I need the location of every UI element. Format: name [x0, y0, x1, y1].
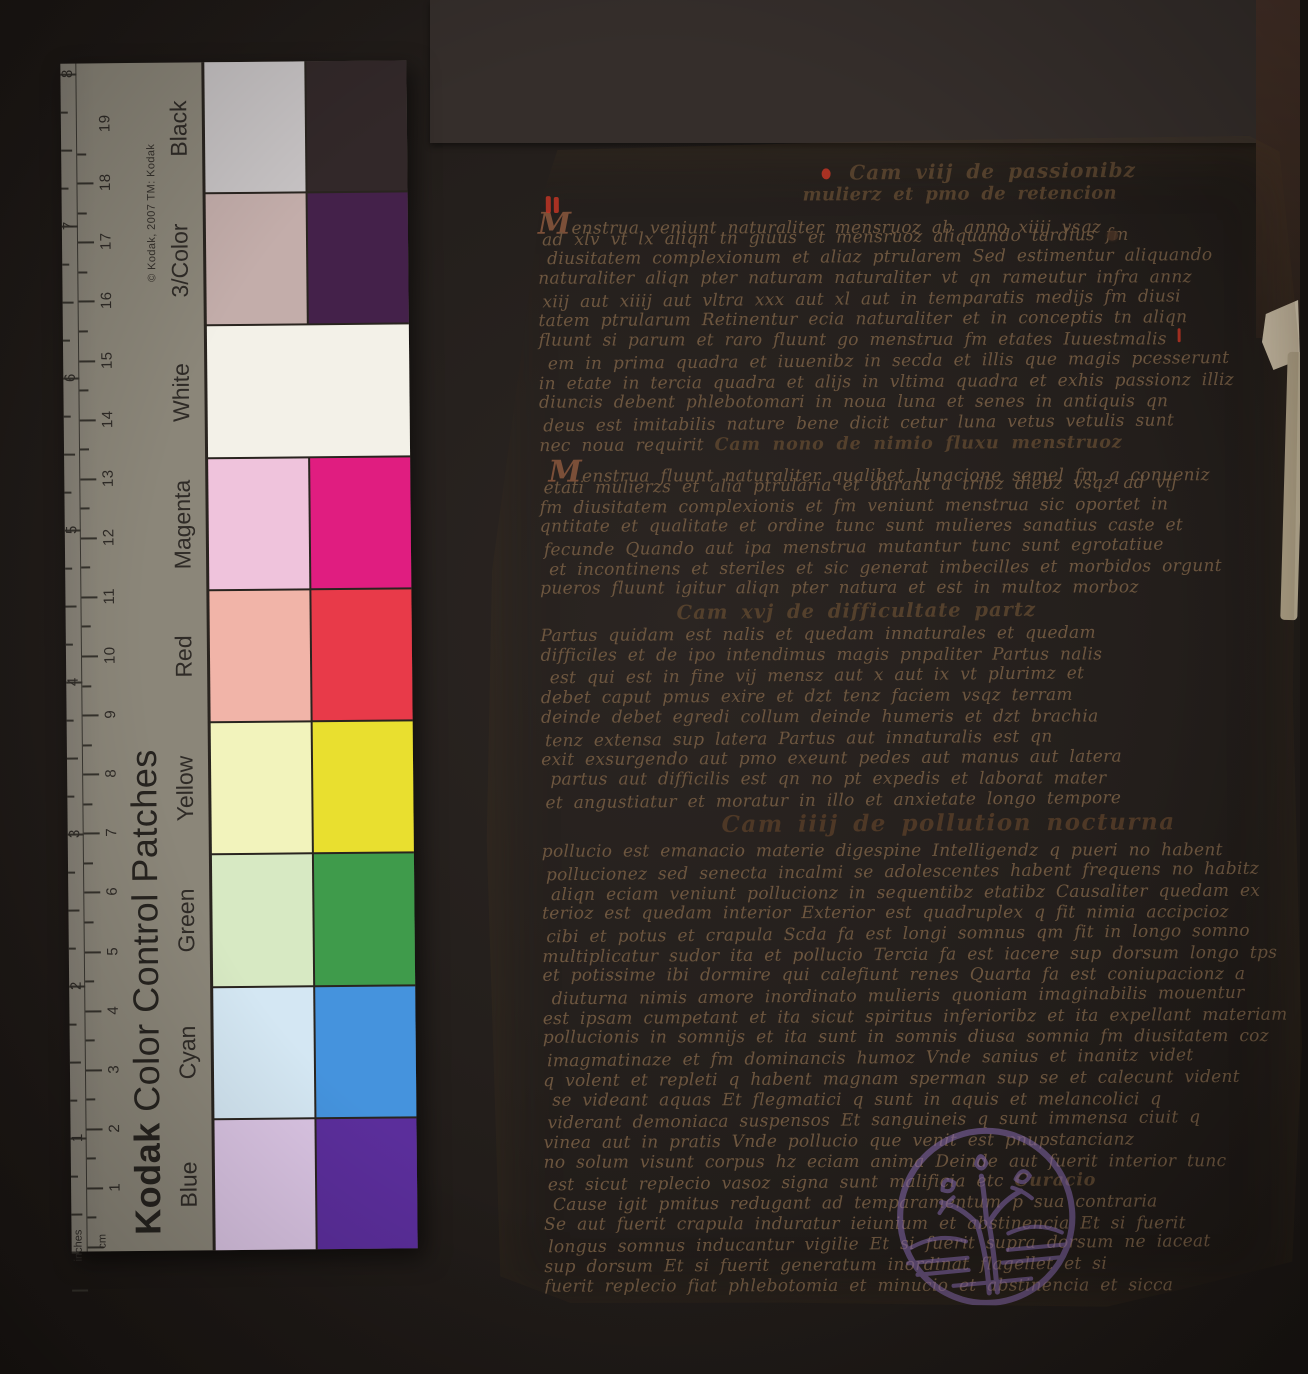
cm-tick	[84, 862, 93, 864]
cm-number: 4	[105, 1005, 122, 1014]
patch-label-black: Black	[165, 100, 193, 157]
cm-tick	[85, 1010, 101, 1012]
patch-label-3color: 3/Color	[166, 223, 194, 297]
cm-number: 18	[97, 174, 114, 192]
inch-number: 4	[65, 677, 82, 686]
patch-yellow-strong	[313, 721, 414, 852]
cm-number: 9	[102, 710, 119, 719]
cm-tick	[87, 1158, 96, 1160]
inch-tick	[67, 796, 74, 798]
cm-tick	[83, 803, 92, 805]
patch-red-strong	[311, 589, 412, 720]
inch-tick	[61, 150, 72, 152]
inch-tick	[65, 568, 72, 570]
cm-tick	[81, 596, 97, 598]
cm-number: 13	[100, 469, 117, 487]
patch-cyan-strong	[315, 986, 416, 1117]
inch-tick	[70, 1024, 77, 1026]
cm-number: 10	[101, 646, 118, 664]
inch-number: 1	[69, 1133, 86, 1142]
patch-label-yellow: Yellow	[171, 756, 199, 822]
patch-black-light	[204, 61, 305, 192]
inch-tick	[70, 1062, 81, 1064]
cm-tick	[80, 449, 89, 451]
patch-label-magenta: Magenta	[169, 480, 197, 570]
cm-tick	[84, 892, 100, 894]
cm-number: 12	[100, 528, 117, 546]
inch-tick	[64, 454, 75, 456]
cm-tick	[80, 478, 96, 480]
patch-magenta-strong	[310, 457, 411, 588]
copyright-text: © Kodak, 2007 TM: Kodak	[145, 144, 158, 282]
cm-tick	[83, 774, 99, 776]
patch-label-blue: Blue	[175, 1161, 202, 1207]
frame-edge	[1300, 0, 1308, 1374]
inch-tick	[69, 948, 76, 950]
patch-label-red: Red	[170, 635, 197, 677]
cm-tick	[81, 508, 90, 510]
cm-tick	[85, 980, 94, 982]
rubric-red-mark	[1178, 328, 1181, 342]
patch-yellow-light	[211, 722, 312, 853]
rubric-red-mark	[546, 196, 551, 213]
inch-tick	[68, 910, 79, 912]
inch-tick	[70, 1100, 77, 1102]
inch-tick	[67, 758, 78, 760]
ink-blot	[1107, 231, 1118, 241]
kodak-color-bar: 1234567891011121314151617181912345678 in…	[60, 60, 417, 1251]
cm-tick	[84, 833, 100, 835]
cm-tick	[80, 419, 96, 421]
cm-tick	[85, 921, 94, 923]
cm-tick	[81, 567, 90, 569]
patch-blue-strong	[316, 1118, 417, 1249]
kodak-wordmark: Kodak	[126, 1122, 168, 1235]
inch-tick	[62, 264, 69, 266]
patch-red-light	[209, 590, 310, 721]
cm-tick	[78, 212, 87, 214]
patch-magenta-light	[208, 458, 309, 589]
cm-number: 16	[98, 292, 115, 310]
photo-canvas: 1234567891011121314151617181912345678 in…	[0, 0, 1308, 1374]
cm-tick	[86, 1069, 102, 1071]
cm-number: 11	[101, 588, 118, 605]
patch-cyan-light	[213, 987, 314, 1118]
cm-tick	[77, 183, 93, 185]
manuscript-page: Cam viij de passionibzmulierz et pmo de …	[479, 136, 1307, 1317]
rubric-red-mark	[554, 197, 559, 213]
cm-number: 7	[103, 828, 120, 837]
inch-number: 3	[66, 829, 83, 838]
cm-number: 17	[97, 233, 114, 251]
cm-tick	[79, 389, 88, 391]
cm-number: 5	[104, 946, 121, 955]
inline-rubric-heading: Cam nono de nimio fluxu menstruoz	[714, 432, 1122, 454]
inch-number: 7	[60, 221, 77, 230]
inch-tick	[66, 606, 77, 608]
cm-tick	[85, 951, 101, 953]
dark-board-top	[430, 0, 1258, 143]
cm-tick	[87, 1187, 103, 1189]
library-stamp-icon	[875, 1113, 1097, 1326]
cm-tick	[78, 271, 87, 273]
cm-tick	[78, 242, 94, 244]
inch-tick	[66, 644, 73, 646]
cm-tick	[79, 360, 95, 362]
cm-tick	[83, 744, 92, 746]
patch-green-light	[212, 855, 313, 986]
patch-grid	[201, 60, 417, 1250]
patch-label-green: Green	[173, 888, 201, 952]
inch-number: 5	[63, 525, 80, 534]
cm-tick	[82, 685, 91, 687]
cm-tick	[87, 1128, 103, 1130]
inch-tick	[72, 1289, 88, 1291]
inch-tick	[63, 340, 70, 342]
cm-number: 19	[96, 114, 113, 132]
cm-number: 6	[104, 887, 121, 896]
patch-3color-light	[206, 194, 307, 325]
inch-tick	[63, 302, 74, 304]
patch-blue-light	[214, 1119, 315, 1250]
cm-number: 2	[106, 1124, 123, 1133]
inch-tick	[71, 1176, 78, 1178]
patch-green-strong	[314, 854, 415, 985]
inch-tick	[64, 416, 71, 418]
patch-3color-strong	[308, 193, 409, 324]
inch-tick	[67, 720, 74, 722]
inch-tick	[61, 188, 68, 190]
cm-tick	[83, 714, 99, 716]
patch-label-cyan: Cyan	[174, 1026, 202, 1080]
cm-tick	[77, 153, 86, 155]
cm-tick	[79, 330, 88, 332]
cm-number: 8	[103, 769, 120, 778]
patch-black-strong	[306, 60, 407, 191]
kodak-brand-text: Kodak Color Control Patches	[123, 749, 170, 1235]
cm-tick	[79, 301, 95, 303]
inch-number: 6	[62, 373, 79, 382]
cm-tick	[86, 1099, 95, 1101]
cm-number: 15	[99, 351, 116, 369]
patch-white	[207, 325, 410, 457]
cm-number: 1	[107, 1183, 124, 1192]
inches-label: inches	[72, 1230, 84, 1262]
inch-tick	[71, 1214, 82, 1216]
inch-number: 8	[59, 69, 76, 78]
cm-tick	[82, 626, 91, 628]
product-name: Color Control Patches	[123, 749, 168, 1123]
inch-tick	[64, 492, 71, 494]
rubric-red-mark	[822, 168, 831, 179]
inch-number: 2	[68, 981, 85, 990]
inch-tick	[68, 872, 75, 874]
cm-number: 14	[99, 410, 116, 428]
chapter-heading: Cam iiij de pollution nocturna	[542, 808, 1298, 844]
cm-tick	[87, 1217, 96, 1219]
cm-number: 3	[105, 1064, 122, 1073]
inch-tick	[61, 112, 68, 114]
cm-tick	[82, 655, 98, 657]
cm-tick	[81, 537, 97, 539]
patch-label-white: White	[168, 363, 196, 422]
cm-tick	[86, 1040, 95, 1042]
cm-label: cm	[97, 1234, 109, 1249]
